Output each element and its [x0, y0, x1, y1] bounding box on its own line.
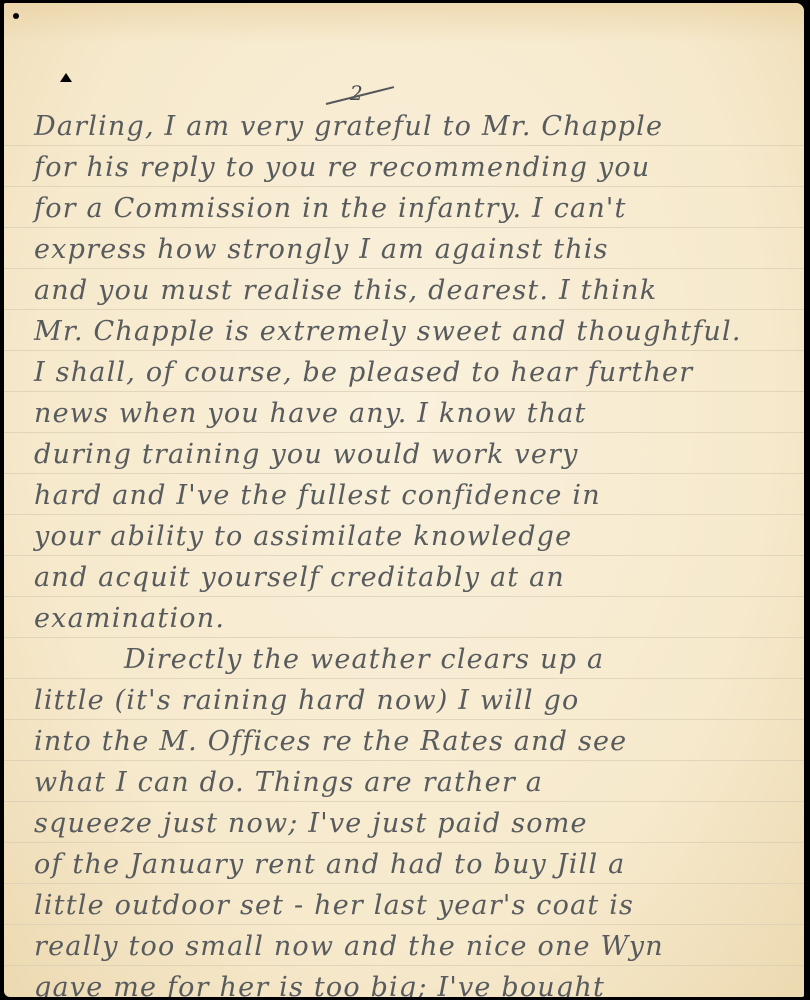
text-line: news when you have any. I know that	[34, 398, 784, 429]
ruled-line	[4, 391, 804, 392]
text-line: hard and I've the fullest confidence in	[34, 480, 784, 511]
ruled-line	[4, 432, 804, 433]
ruled-line	[4, 883, 804, 884]
text-line: gave me for her is too big; I've bought	[34, 972, 784, 997]
text-line: really too small now and the nice one Wy…	[34, 931, 784, 962]
text-line: Mr. Chapple is extremely sweet and thoug…	[34, 316, 784, 347]
text-line: examination.	[34, 603, 784, 634]
punch-hole	[13, 13, 19, 19]
ruled-line	[4, 637, 804, 638]
ruled-line	[4, 924, 804, 925]
punch-hole	[60, 73, 72, 82]
text-line: Directly the weather clears up a	[124, 644, 784, 675]
text-line: of the January rent and had to buy Jill …	[34, 849, 784, 880]
page-number: 2	[350, 81, 363, 105]
text-line: and acquit yourself creditably at an	[34, 562, 784, 593]
ruled-line	[4, 555, 804, 556]
text-line: for his reply to you re recommending you	[34, 152, 784, 183]
ruled-line	[4, 268, 804, 269]
ruled-line	[4, 760, 804, 761]
ruled-line	[4, 145, 804, 146]
ruled-line	[4, 678, 804, 679]
ruled-line	[4, 350, 804, 351]
ruled-line	[4, 719, 804, 720]
text-line: during training you would work very	[34, 439, 784, 470]
text-line: into the M. Offices re the Rates and see	[34, 726, 784, 757]
ruled-line	[4, 473, 804, 474]
text-line: little (it's raining hard now) I will go	[34, 685, 784, 716]
ruled-line	[4, 309, 804, 310]
ruled-line	[4, 514, 804, 515]
ruled-line	[4, 186, 804, 187]
ruled-line	[4, 965, 804, 966]
text-line: your ability to assimilate knowledge	[34, 521, 784, 552]
text-line: and you must realise this, dearest. I th…	[34, 275, 784, 306]
letter-page: 2 Darling, I am very grateful to Mr. Cha…	[4, 3, 804, 997]
text-line: Darling, I am very grateful to Mr. Chapp…	[34, 111, 784, 142]
ruled-line	[4, 596, 804, 597]
text-line: what I can do. Things are rather a	[34, 767, 784, 798]
text-line: I shall, of course, be pleased to hear f…	[34, 357, 784, 388]
ruled-line	[4, 801, 804, 802]
text-line: express how strongly I am against this	[34, 234, 784, 265]
text-line: little outdoor set - her last year's coa…	[34, 890, 784, 921]
ruled-line	[4, 842, 804, 843]
text-line: for a Commission in the infantry. I can'…	[34, 193, 784, 224]
ruled-line	[4, 227, 804, 228]
text-line: squeeze just now; I've just paid some	[34, 808, 784, 839]
